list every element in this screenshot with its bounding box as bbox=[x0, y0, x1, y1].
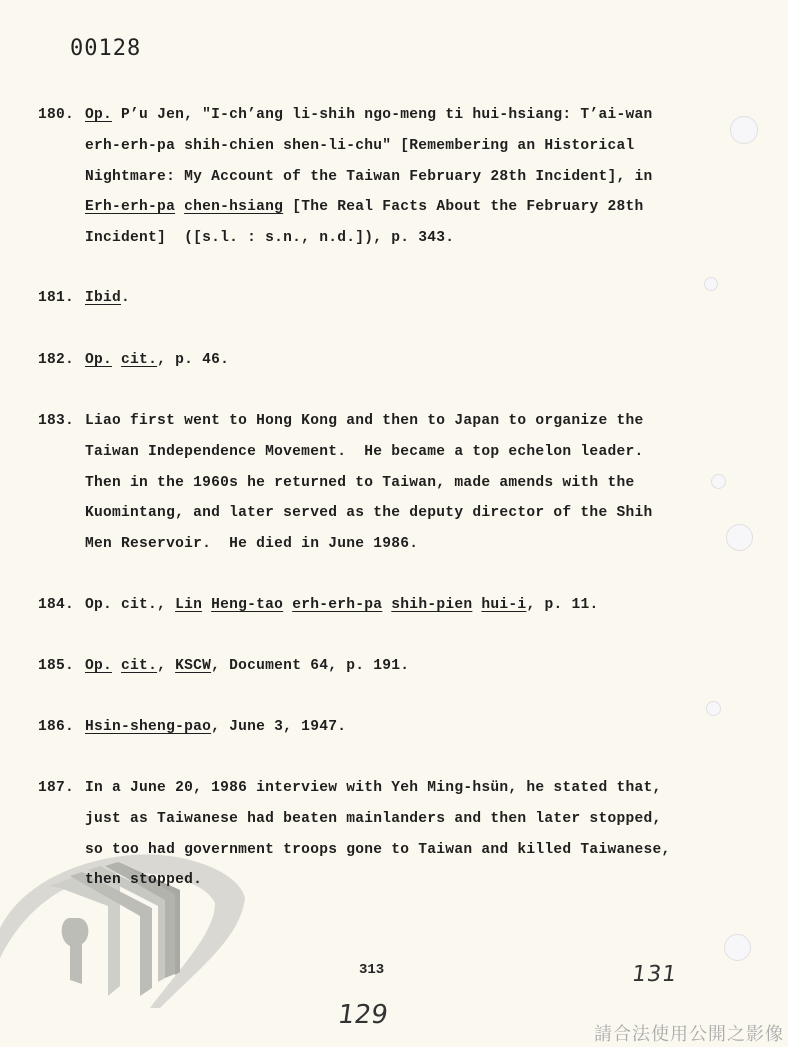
endnote-line: Op. P’u Jen, "I-ch’ang li-shih ngo-meng … bbox=[85, 100, 718, 131]
endnote: 187.In a June 20, 1986 interview with Ye… bbox=[38, 773, 718, 896]
endnote-number: 182. bbox=[38, 345, 74, 376]
archive-id: 00128 bbox=[70, 36, 141, 61]
endnote-number: 187. bbox=[38, 773, 74, 804]
endnote-text: Op. cit., Lin Heng-tao erh-erh-pa shih-p… bbox=[85, 590, 718, 621]
text-run: , bbox=[157, 658, 175, 674]
text-run: P’u Jen, "I-ch’ang li-shih ngo-meng ti h… bbox=[112, 107, 652, 123]
endnote-line: Men Reservoir. He died in June 1986. bbox=[85, 529, 718, 560]
endnote-line: just as Taiwanese had beaten mainlanders… bbox=[85, 804, 718, 835]
watermark-caption: 請合法使用公開之影像 bbox=[594, 1020, 784, 1046]
handwritten-page-mark: 131 bbox=[630, 962, 679, 987]
underlined-title: hui-i bbox=[481, 597, 526, 613]
text-run: , p. 11. bbox=[526, 597, 598, 613]
underlined-title: Hsin-sheng-pao bbox=[85, 719, 211, 735]
handwritten-page-mark: 129 bbox=[336, 1000, 390, 1030]
text-run: [The Real Facts About the February 28th bbox=[283, 199, 643, 215]
underlined-title: Erh-erh-pa bbox=[85, 199, 175, 215]
text-run bbox=[112, 352, 121, 368]
endnote-line: then stopped. bbox=[85, 865, 718, 896]
underlined-title: chen-hsiang bbox=[184, 199, 283, 215]
text-run: , June 3, 1947. bbox=[211, 719, 346, 735]
text-run: Taiwan Independence Movement. He became … bbox=[85, 444, 643, 460]
text-run: Nightmare: My Account of the Taiwan Febr… bbox=[85, 169, 652, 185]
page-number: 313 bbox=[359, 962, 384, 978]
endnote: 181.Ibid. bbox=[38, 283, 718, 314]
endnote-line: Erh-erh-pa chen-hsiang [The Real Facts A… bbox=[85, 192, 718, 223]
endnote-line: Op. cit., KSCW, Document 64, p. 191. bbox=[85, 651, 718, 682]
text-run bbox=[202, 597, 211, 613]
endnote-line: erh-erh-pa shih-chien shen-li-chu" [Reme… bbox=[85, 131, 718, 162]
endnote-text: Op. P’u Jen, "I-ch’ang li-shih ngo-meng … bbox=[85, 100, 718, 254]
endnote-line: Liao first went to Hong Kong and then to… bbox=[85, 406, 718, 437]
endnote-number: 186. bbox=[38, 712, 74, 743]
text-run: so too had government troops gone to Tai… bbox=[85, 842, 671, 858]
text-run: Then in the 1960s he returned to Taiwan,… bbox=[85, 475, 634, 491]
underlined-title: Op. bbox=[85, 658, 112, 674]
endnote: 184.Op. cit., Lin Heng-tao erh-erh-pa sh… bbox=[38, 590, 718, 621]
endnote-text: Liao first went to Hong Kong and then to… bbox=[85, 406, 718, 560]
underlined-title: Ibid bbox=[85, 290, 121, 306]
text-run bbox=[382, 597, 391, 613]
endnote: 186.Hsin-sheng-pao, June 3, 1947. bbox=[38, 712, 718, 743]
underlined-title: Op. bbox=[85, 107, 112, 123]
text-run: Op. cit., bbox=[85, 597, 175, 613]
endnote-text: Ibid. bbox=[85, 283, 718, 314]
endnote-line: Op. cit., Lin Heng-tao erh-erh-pa shih-p… bbox=[85, 590, 718, 621]
text-run: then stopped. bbox=[85, 872, 202, 888]
endnote-line: Hsin-sheng-pao, June 3, 1947. bbox=[85, 712, 718, 743]
text-run: Liao first went to Hong Kong and then to… bbox=[85, 413, 643, 429]
endnote-line: Op. cit., p. 46. bbox=[85, 345, 718, 376]
text-run bbox=[112, 658, 121, 674]
endnote-text: Op. cit., KSCW, Document 64, p. 191. bbox=[85, 651, 718, 682]
endnote: 180.Op. P’u Jen, "I-ch’ang li-shih ngo-m… bbox=[38, 100, 718, 254]
endnote-number: 181. bbox=[38, 283, 74, 314]
endnote-line: Then in the 1960s he returned to Taiwan,… bbox=[85, 468, 718, 499]
punch-hole bbox=[726, 524, 753, 551]
underlined-title: KSCW bbox=[175, 658, 211, 674]
underlined-title: cit. bbox=[121, 352, 157, 368]
text-run: Incident] ([s.l. : s.n., n.d.]), p. 343. bbox=[85, 230, 454, 246]
endnote-line: Nightmare: My Account of the Taiwan Febr… bbox=[85, 162, 718, 193]
endnote-number: 184. bbox=[38, 590, 74, 621]
endnote-line: Taiwan Independence Movement. He became … bbox=[85, 437, 718, 468]
punch-hole bbox=[724, 934, 751, 961]
endnote: 182.Op. cit., p. 46. bbox=[38, 345, 718, 376]
underlined-title: erh-erh-pa bbox=[292, 597, 382, 613]
endnote-line: Kuomintang, and later served as the depu… bbox=[85, 498, 718, 529]
endnote-line: Ibid. bbox=[85, 283, 718, 314]
endnote-line: Incident] ([s.l. : s.n., n.d.]), p. 343. bbox=[85, 223, 718, 254]
underlined-title: Lin bbox=[175, 597, 202, 613]
text-run: . bbox=[121, 290, 130, 306]
underlined-title: Heng-tao bbox=[211, 597, 283, 613]
endnote: 185.Op. cit., KSCW, Document 64, p. 191. bbox=[38, 651, 718, 682]
endnote-line: so too had government troops gone to Tai… bbox=[85, 835, 718, 866]
text-run bbox=[175, 199, 184, 215]
text-run: Men Reservoir. He died in June 1986. bbox=[85, 536, 418, 552]
text-run: , Document 64, p. 191. bbox=[211, 658, 409, 674]
punch-hole bbox=[730, 116, 758, 144]
endnote-number: 180. bbox=[38, 100, 74, 131]
text-run: In a June 20, 1986 interview with Yeh Mi… bbox=[85, 780, 662, 796]
underlined-title: shih-pien bbox=[391, 597, 472, 613]
endnote-number: 183. bbox=[38, 406, 74, 437]
endnote-line: In a June 20, 1986 interview with Yeh Mi… bbox=[85, 773, 718, 804]
text-run: Kuomintang, and later served as the depu… bbox=[85, 505, 652, 521]
endnote-text: In a June 20, 1986 interview with Yeh Mi… bbox=[85, 773, 718, 896]
text-run: , p. 46. bbox=[157, 352, 229, 368]
underlined-title: Op. bbox=[85, 352, 112, 368]
endnote-number: 185. bbox=[38, 651, 74, 682]
endnote-text: Hsin-sheng-pao, June 3, 1947. bbox=[85, 712, 718, 743]
underlined-title: cit. bbox=[121, 658, 157, 674]
endnote: 183.Liao first went to Hong Kong and the… bbox=[38, 406, 718, 560]
text-run: erh-erh-pa shih-chien shen-li-chu" [Reme… bbox=[85, 138, 634, 154]
text-run bbox=[283, 597, 292, 613]
text-run: just as Taiwanese had beaten mainlanders… bbox=[85, 811, 662, 827]
endnote-text: Op. cit., p. 46. bbox=[85, 345, 718, 376]
